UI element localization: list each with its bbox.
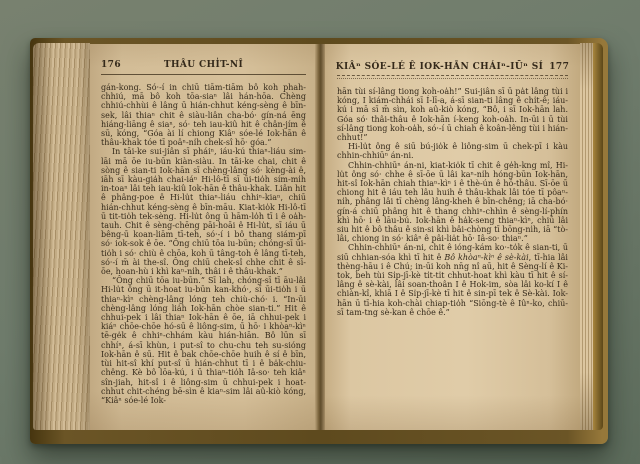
page-edges-left	[33, 43, 90, 430]
paragraph: gán-kong. Só·-í in chiū tiām-tiām bô koh…	[101, 83, 306, 147]
left-page-number: 176	[101, 60, 129, 70]
right-cover-edge	[593, 43, 603, 430]
paragraph: Hi-lu̍t ông ê siū bú-jio̍k ê liông-sim ū…	[337, 142, 568, 160]
left-page-body: gán-kong. Só·-í in chiū tiām-tiām bô koh…	[101, 83, 306, 405]
book-gutter	[315, 44, 325, 430]
paragraph: “Ông chiū tōa iu-būn.” Sī lah, chóng-sī …	[101, 276, 306, 405]
fore-edge-right	[580, 43, 603, 430]
paragraph-text: , tī-hia lâi thèng-hāu i ê Chú; in-ūi ko…	[337, 253, 568, 317]
right-page: KIÂⁿ SÓE-LÉ Ê IOK-HĀN CHÁIⁿ-IŪⁿ SÍ 177 h…	[325, 44, 580, 430]
right-page-body: hān tùi sí-lâng tiong koh-oa̍h!” Sui-jiâ…	[337, 87, 568, 317]
left-header-rule	[101, 73, 306, 75]
left-page-header: 176 THÂU CHI̍T-NÎ	[101, 60, 306, 70]
right-header-rule	[337, 75, 568, 79]
paragraph: Chhin-chhiūⁿ án-ni, kiat-kio̍k tī chit ê…	[337, 161, 568, 244]
photo-background: 176 THÂU CHI̍T-NÎ gán-kong. Só·-í in chi…	[0, 0, 640, 464]
paragraph: Chhin-chhiūⁿ án-ni, chit ê ióng-kám ko·-…	[337, 243, 568, 317]
right-page-number: 177	[549, 62, 569, 72]
book: 176 THÂU CHI̍T-NÎ gán-kong. Só·-í in chi…	[30, 38, 608, 444]
right-running-title: KIÂⁿ SÓE-LÉ Ê IOK-HĀN CHÁIⁿ-IŪⁿ SÍ	[336, 62, 543, 72]
paragraph: hān tùi sí-lâng tiong koh-oa̍h!” Sui-jiâ…	[337, 87, 568, 142]
italic-phrase: Bô khòaⁿ-kìⁿ ê sè-kài	[444, 253, 528, 262]
left-page: 176 THÂU CHI̍T-NÎ gán-kong. Só·-í in chi…	[90, 44, 315, 430]
right-page-header: KIÂⁿ SÓE-LÉ Ê IOK-HĀN CHÁIⁿ-IŪⁿ SÍ 177	[337, 62, 568, 72]
fore-edge-leaves	[580, 43, 593, 430]
paragraph: In tāi-ke sui-jiân sī pháiⁿ, iáu-kú thia…	[101, 147, 306, 276]
left-running-title: THÂU CHI̍T-NÎ	[129, 60, 278, 70]
